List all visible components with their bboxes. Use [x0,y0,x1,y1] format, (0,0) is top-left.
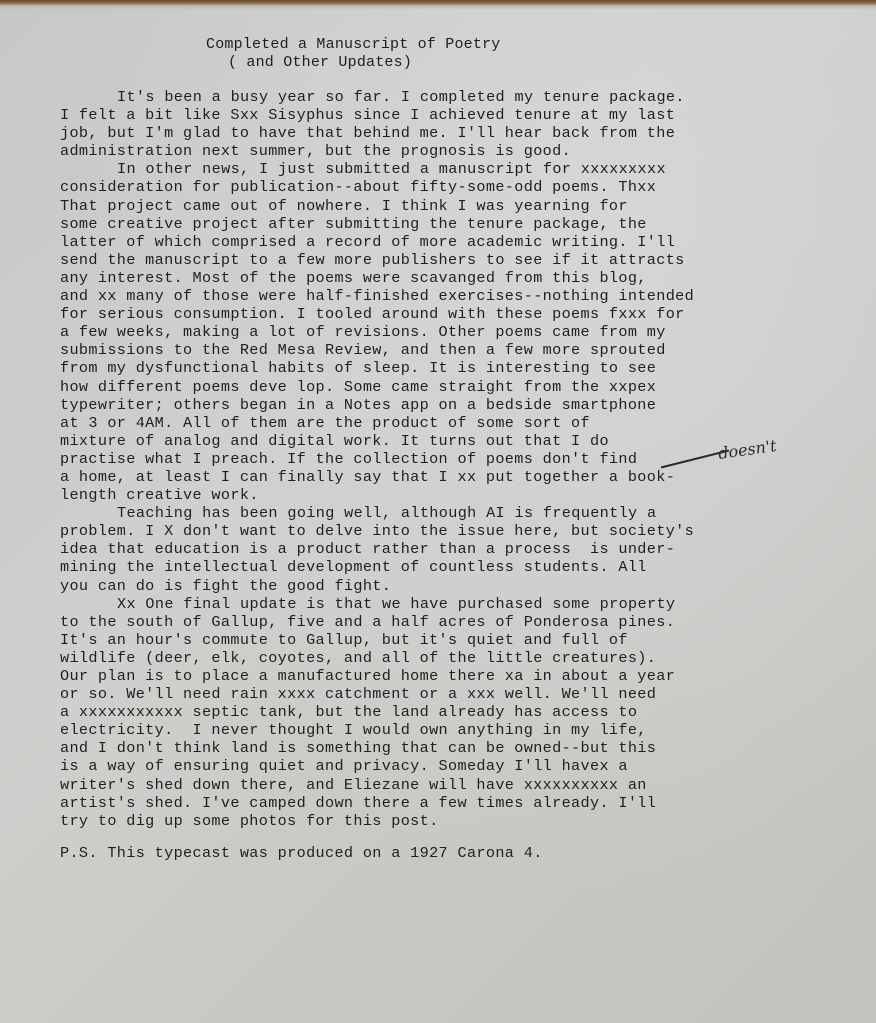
text-line: artist's shed. I've camped down there a … [60,794,840,812]
document-body: It's been a busy year so far. I complete… [60,88,840,862]
text-line: some creative project after submitting t… [60,215,840,233]
text-line: at 3 or 4AM. All of them are the product… [60,414,840,432]
text-line: or so. We'll need rain xxxx catchment or… [60,685,840,703]
text-line: Teaching has been going well, although A… [60,504,840,522]
text-line: try to dig up some photos for this post. [60,812,840,830]
text-line: any interest. Most of the poems were sca… [60,269,840,287]
typewritten-page: Completed a Manuscript of Poetry ( and O… [0,0,876,1023]
title-line-1: Completed a Manuscript of Poetry [206,36,500,54]
text-line: and xx many of those were half-finished … [60,287,840,305]
text-line: send the manuscript to a few more publis… [60,251,840,269]
text-line: from my dysfunctional habits of sleep. I… [60,359,840,377]
text-line: It's an hour's commute to Gallup, but it… [60,631,840,649]
text-line: electricity. I never thought I would own… [60,721,840,739]
text-line: idea that education is a product rather … [60,540,840,558]
text-line: I felt a bit like Sxx Sisyphus since I a… [60,106,840,124]
text-line: It's been a busy year so far. I complete… [60,88,840,106]
text-line: to the south of Gallup, five and a half … [60,613,840,631]
title-line-2: ( and Other Updates) [228,54,412,72]
text-line: is a way of ensuring quiet and privacy. … [60,757,840,775]
text-line: a xxxxxxxxxxx septic tank, but the land … [60,703,840,721]
text-line: In other news, I just submitted a manusc… [60,160,840,178]
text-line: typewriter; others began in a Notes app … [60,396,840,414]
text-line: submissions to the Red Mesa Review, and … [60,341,840,359]
text-line: mining the intellectual development of c… [60,558,840,576]
text-line: for serious consumption. I tooled around… [60,305,840,323]
text-line: how different poems deve lop. Some came … [60,378,840,396]
text-line: a home, at least I can finally say that … [60,468,840,486]
text-line: writer's shed down there, and Eliezane w… [60,776,840,794]
postscript: P.S. This typecast was produced on a 192… [60,844,840,862]
text-line: a few weeks, making a lot of revisions. … [60,323,840,341]
text-line: you can do is fight the good fight. [60,577,840,595]
text-line: consideration for publication--about fif… [60,178,840,196]
text-line: Xx One final update is that we have purc… [60,595,840,613]
text-line: and I don't think land is something that… [60,739,840,757]
text-line: wildlife (deer, elk, coyotes, and all of… [60,649,840,667]
text-line: That project came out of nowhere. I thin… [60,197,840,215]
text-line: length creative work. [60,486,840,504]
text-line: Our plan is to place a manufactured home… [60,667,840,685]
text-line: job, but I'm glad to have that behind me… [60,124,840,142]
text-line: problem. I X don't want to delve into th… [60,522,840,540]
text-line: administration next summer, but the prog… [60,142,840,160]
text-line: latter of which comprised a record of mo… [60,233,840,251]
